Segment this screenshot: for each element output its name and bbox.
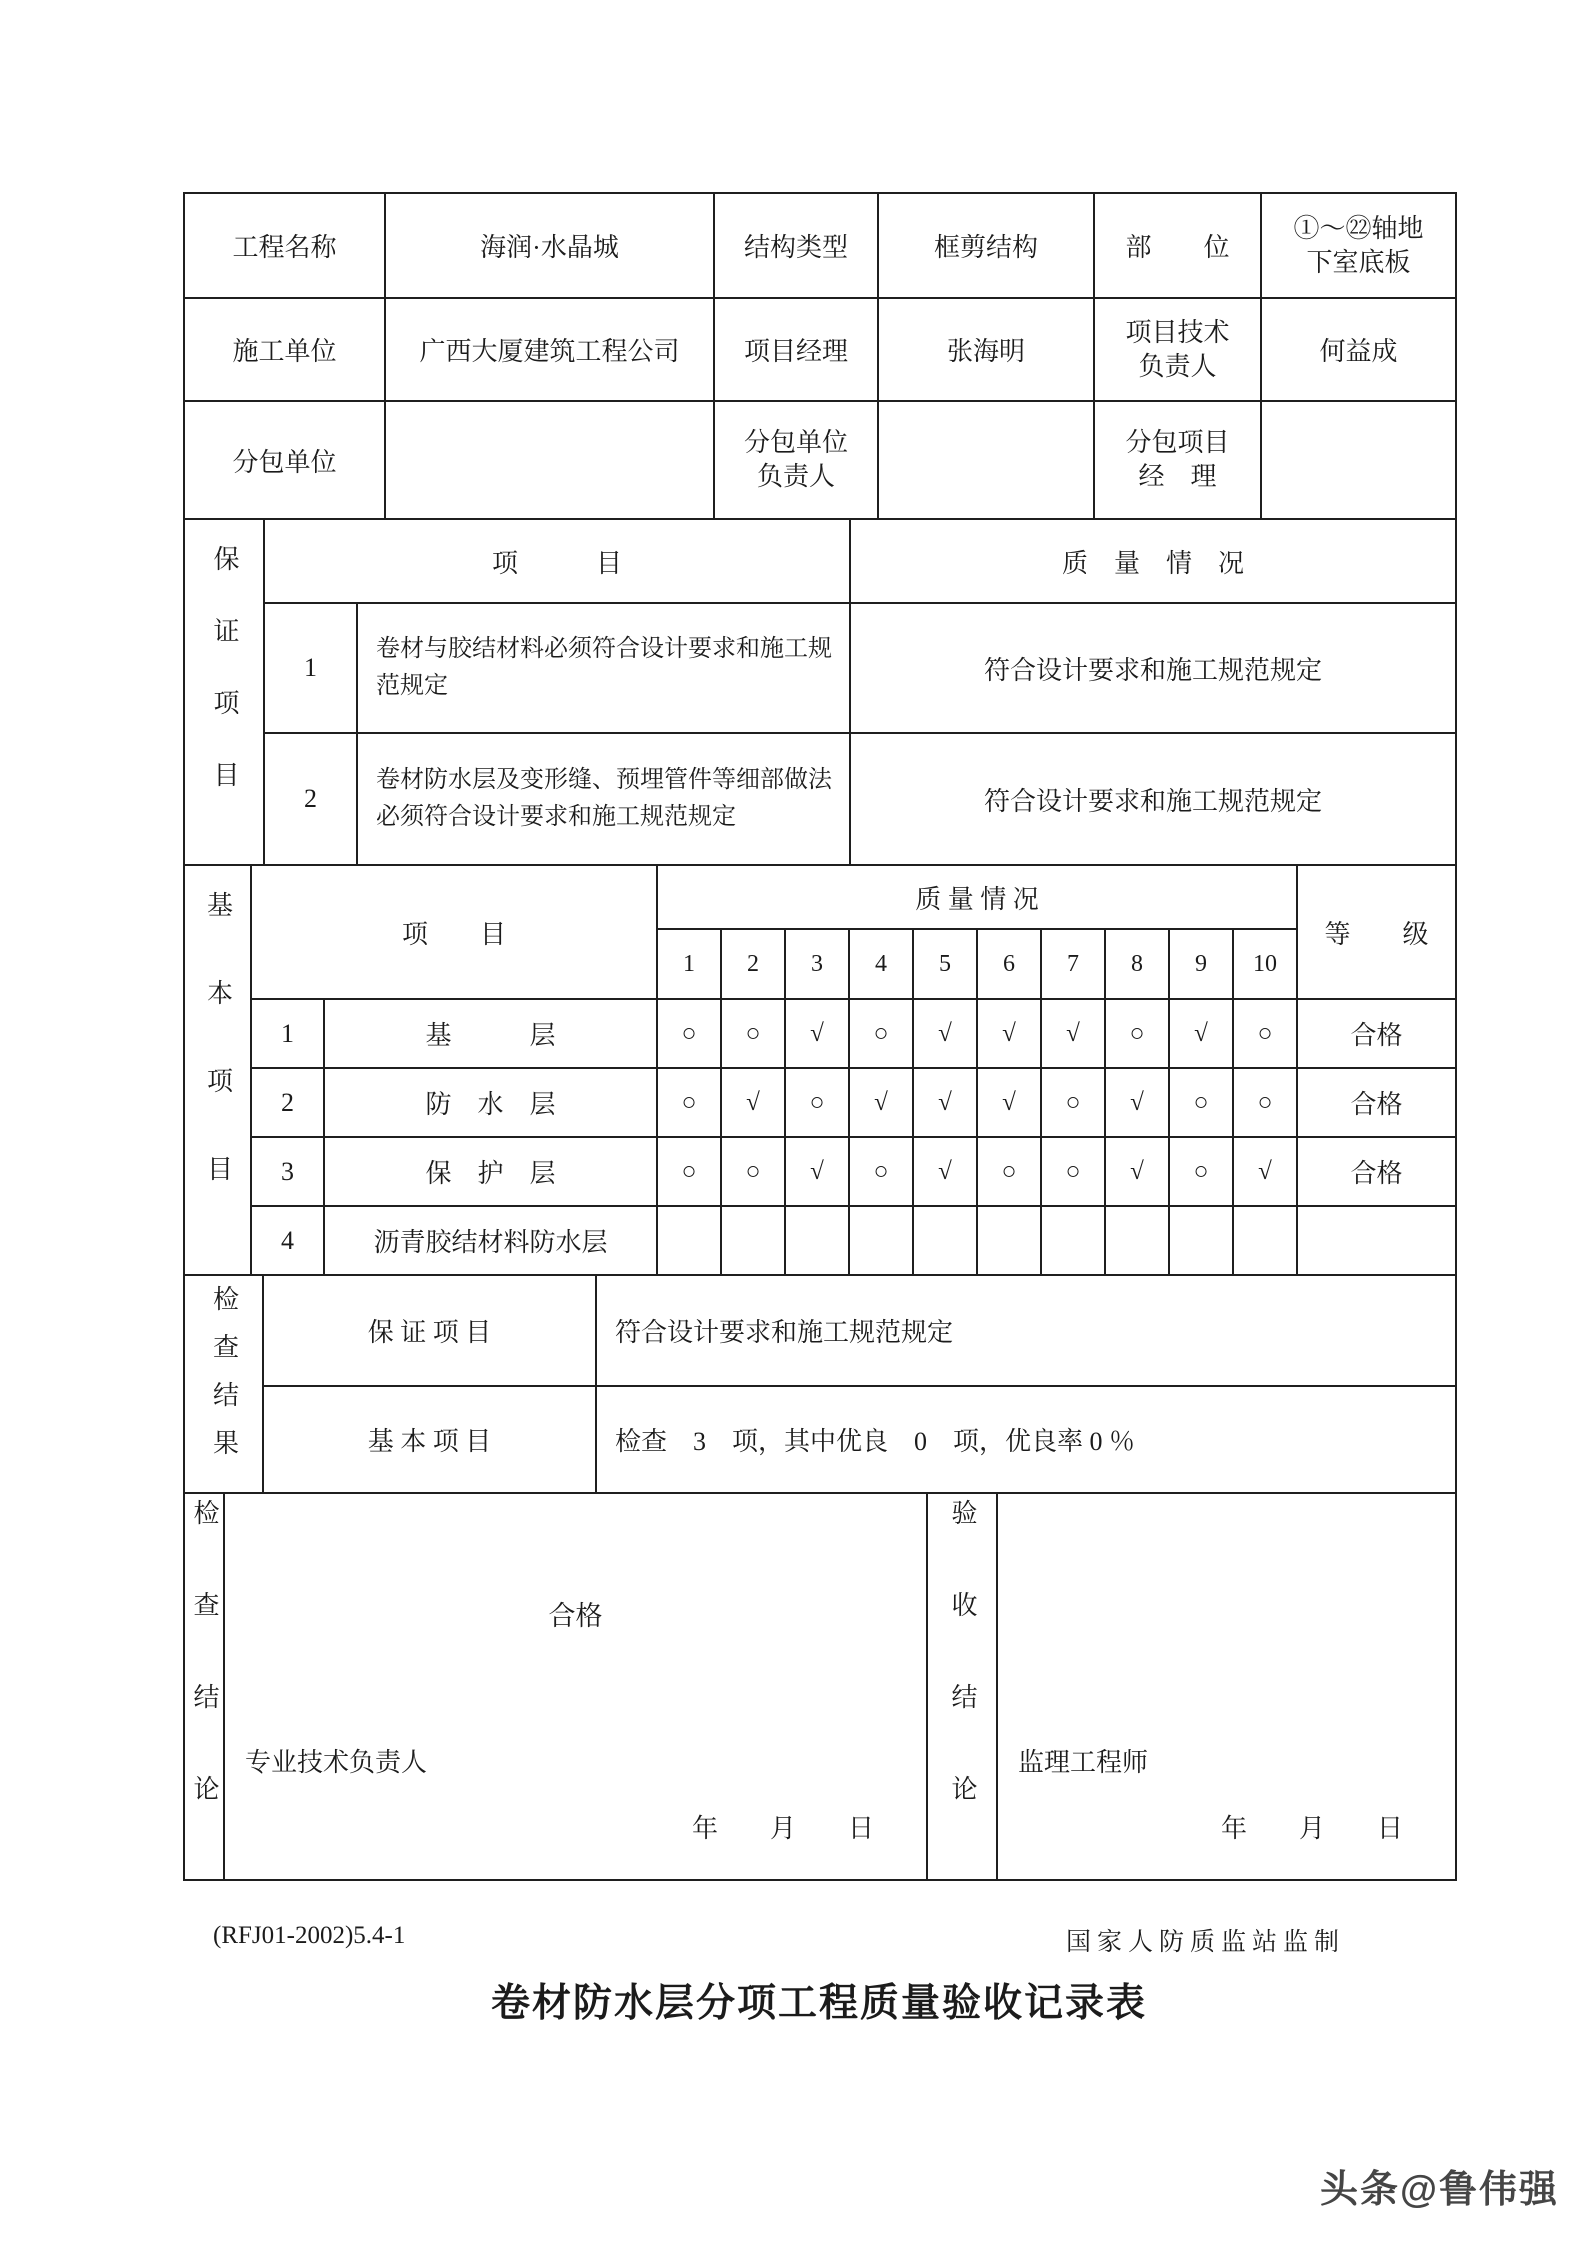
check-mark-cell: √ — [913, 1068, 977, 1137]
subcontractor-head-label: 分包单位 负责人 — [714, 401, 878, 519]
project-name-label: 工程名称 — [184, 193, 385, 298]
basic-row-number: 1 — [251, 999, 324, 1068]
basic-item-name: 沥青胶结材料防水层 — [324, 1206, 657, 1275]
check-mark-cell: ○ — [657, 999, 721, 1068]
scanned-form-page: 工程名称 海润·水晶城 结构类型 框剪结构 部 位 ①～㉒轴地 下室底板 施工单… — [0, 0, 1587, 2245]
guarantee-row-number: 2 — [264, 733, 357, 865]
point-number: 7 — [1041, 929, 1105, 999]
project-info-table: 工程名称 海润·水晶城 结构类型 框剪结构 部 位 ①～㉒轴地 下室底板 施工单… — [183, 192, 1457, 520]
subcontractor-value — [385, 401, 714, 519]
check-mark-cell: √ — [913, 999, 977, 1068]
point-number: 9 — [1169, 929, 1233, 999]
basic-row-number: 2 — [251, 1068, 324, 1137]
check-mark-cell: ○ — [1233, 999, 1297, 1068]
basic-section-label: 基本项目 — [184, 865, 251, 1275]
basic-row-number: 3 — [251, 1137, 324, 1206]
result-guarantee-label: 保 证 项 目 — [263, 1275, 596, 1386]
project-manager-label: 项目经理 — [714, 298, 878, 401]
check-mark-cell: √ — [721, 1068, 785, 1137]
guarantee-row-number: 1 — [264, 603, 357, 733]
check-mark-cell: √ — [1105, 1137, 1169, 1206]
basic-grade-header: 等 级 — [1297, 865, 1456, 999]
subcontractor-head-value — [878, 401, 1094, 519]
point-number: 10 — [1233, 929, 1297, 999]
check-mark-cell: ○ — [657, 1068, 721, 1137]
result-section-label: 检查结果 — [184, 1275, 263, 1493]
basic-row-number: 4 — [251, 1206, 324, 1275]
check-mark-cell: √ — [849, 1068, 913, 1137]
inspection-result-table: 检查结果 保 证 项 目 符合设计要求和施工规范规定 基 本 项 目 检查 3 … — [183, 1274, 1457, 1494]
date-blank: 年 月 日 — [692, 1808, 874, 1845]
structure-type-value: 框剪结构 — [878, 193, 1094, 298]
check-mark-cell: √ — [1233, 1137, 1297, 1206]
point-number: 2 — [721, 929, 785, 999]
guarantee-item-header: 项 目 — [264, 519, 850, 603]
basic-item-name: 防 水 层 — [324, 1068, 657, 1137]
basic-items-table: 基本项目 项 目 质 量 情 况 等 级 1 2 3 4 5 6 7 8 9 1… — [183, 864, 1457, 1276]
check-mark-cell: ○ — [1041, 1068, 1105, 1137]
basic-quality-header: 质 量 情 况 — [657, 865, 1297, 929]
check-mark-cell: √ — [1105, 1068, 1169, 1137]
project-manager-value: 张海明 — [878, 298, 1094, 401]
check-mark-cell — [913, 1206, 977, 1275]
result-guarantee-content: 符合设计要求和施工规范规定 — [596, 1275, 1456, 1386]
check-mark-cell — [785, 1206, 849, 1275]
basic-item-name: 基 层 — [324, 999, 657, 1068]
check-mark-cell: ○ — [721, 1137, 785, 1206]
guarantee-item-text: 卷材与胶结材料必须符合设计要求和施工规范规定 — [357, 603, 850, 733]
point-number: 6 — [977, 929, 1041, 999]
grade-cell: 合格 — [1297, 999, 1456, 1068]
guarantee-items-table: 保证项目 项 目 质 量 情 况 1 卷材与胶结材料必须符合设计要求和施工规范规… — [183, 518, 1457, 866]
tech-director-label: 项目技术 负责人 — [1094, 298, 1261, 401]
check-mark-cell — [1105, 1206, 1169, 1275]
subcontract-pm-label: 分包项目 经 理 — [1094, 401, 1261, 519]
check-mark-cell: √ — [785, 999, 849, 1068]
check-mark-cell: √ — [1041, 999, 1105, 1068]
grade-cell: 合格 — [1297, 1068, 1456, 1137]
check-mark-cell: ○ — [849, 999, 913, 1068]
acceptance-conclusion-label: 验收结论 — [927, 1493, 997, 1880]
point-number: 4 — [849, 929, 913, 999]
subcontract-pm-value — [1261, 401, 1456, 519]
part-value: ①～㉒轴地 下室底板 — [1261, 193, 1456, 298]
basic-item-name: 保 护 层 — [324, 1137, 657, 1206]
check-mark-cell — [977, 1206, 1041, 1275]
point-number: 1 — [657, 929, 721, 999]
guarantee-section-label-text: 保证项目 — [211, 545, 237, 833]
check-mark-cell: ○ — [1041, 1137, 1105, 1206]
check-mark-cell — [1041, 1206, 1105, 1275]
check-mark-cell: ○ — [849, 1137, 913, 1206]
structure-type-label: 结构类型 — [714, 193, 878, 298]
check-mark-cell: ○ — [1169, 1137, 1233, 1206]
point-number: 3 — [785, 929, 849, 999]
check-mark-cell — [721, 1206, 785, 1275]
builder-value: 广西大厦建筑工程公司 — [385, 298, 714, 401]
acceptance-form-table: 工程名称 海润·水晶城 结构类型 框剪结构 部 位 ①～㉒轴地 下室底板 施工单… — [183, 192, 1455, 1881]
guarantee-section-label: 保证项目 — [184, 519, 264, 865]
supervisor-signer-title: 监理工程师 — [1018, 1742, 1148, 1779]
point-number: 8 — [1105, 929, 1169, 999]
acceptance-conclusion-label-text: 验收结论 — [949, 1499, 975, 1867]
result-basic-label: 基 本 项 目 — [263, 1386, 596, 1493]
point-number: 5 — [913, 929, 977, 999]
check-mark-cell: ○ — [657, 1137, 721, 1206]
tech-director-value: 何益成 — [1261, 298, 1456, 401]
result-section-label-text: 检查结果 — [211, 1285, 237, 1477]
guarantee-item-text: 卷材防水层及变形缝、预埋管件等细部做法必须符合设计要求和施工规范规定 — [357, 733, 850, 865]
part-label: 部 位 — [1094, 193, 1261, 298]
check-mark-cell: √ — [977, 1068, 1041, 1137]
check-mark-cell: √ — [913, 1137, 977, 1206]
check-mark-cell: ○ — [785, 1068, 849, 1137]
guarantee-quality-header: 质 量 情 况 — [850, 519, 1456, 603]
check-mark-cell: √ — [1169, 999, 1233, 1068]
guarantee-quality-text: 符合设计要求和施工规范规定 — [850, 603, 1456, 733]
project-name-value: 海润·水晶城 — [385, 193, 714, 298]
check-mark-cell — [1233, 1206, 1297, 1275]
check-mark-cell: ○ — [1169, 1068, 1233, 1137]
grade-cell: 合格 — [1297, 1137, 1456, 1206]
check-mark-cell — [849, 1206, 913, 1275]
check-mark-cell — [657, 1206, 721, 1275]
tech-signer-title: 专业技术负责人 — [245, 1742, 427, 1779]
check-mark-cell: ○ — [1105, 999, 1169, 1068]
document-title: 卷材防水层分项工程质量验收记录表 — [183, 1972, 1455, 2028]
watermark-text: 头条@鲁伟强 — [1320, 2158, 1559, 2213]
basic-section-label-text: 基本项目 — [205, 891, 231, 1243]
grade-cell — [1297, 1206, 1456, 1275]
check-mark-cell: ○ — [977, 1137, 1041, 1206]
inspection-conclusion-cell: 合格 专业技术负责人 年 月 日 — [224, 1493, 927, 1880]
conclusion-value: 合格 — [225, 1594, 926, 1633]
check-mark-cell: √ — [977, 999, 1041, 1068]
check-mark-cell — [1169, 1206, 1233, 1275]
basic-item-header: 项 目 — [251, 865, 657, 999]
check-mark-cell: ○ — [721, 999, 785, 1068]
conclusion-table: 检查结论 合格 专业技术负责人 年 月 日 验收结论 监理工程师 年 月 日 — [183, 1492, 1457, 1881]
check-mark-cell: √ — [785, 1137, 849, 1206]
inspection-conclusion-label: 检查结论 — [184, 1493, 224, 1880]
check-mark-cell: ○ — [1233, 1068, 1297, 1137]
form-code: (RFJ01-2002)5.4-1 — [213, 1922, 405, 1950]
builder-label: 施工单位 — [184, 298, 385, 401]
footer-row: (RFJ01-2002)5.4-1 国家人防质监站监制 — [183, 1922, 1455, 1956]
date-blank: 年 月 日 — [1221, 1808, 1403, 1845]
inspection-conclusion-label-text: 检查结论 — [191, 1499, 217, 1867]
guarantee-quality-text: 符合设计要求和施工规范规定 — [850, 733, 1456, 865]
acceptance-conclusion-cell: 监理工程师 年 月 日 — [997, 1493, 1456, 1880]
subcontractor-label: 分包单位 — [184, 401, 385, 519]
result-basic-content: 检查 3 项，其中优良 0 项，优良率 0 ％ — [596, 1386, 1456, 1493]
supervision-authority: 国家人防质监站监制 — [1066, 1922, 1345, 1958]
